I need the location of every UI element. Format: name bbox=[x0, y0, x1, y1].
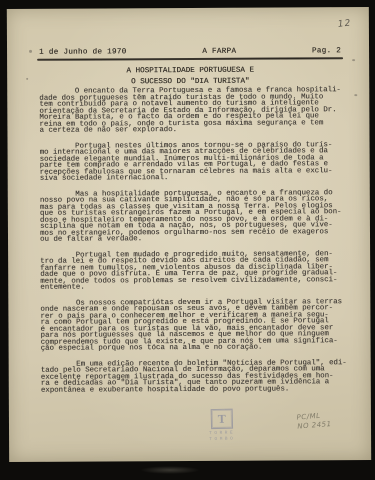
header-date: 1 de Junho de 1970 bbox=[39, 48, 126, 56]
paragraph-3: Mas a hospitalidade portuguesa, o encant… bbox=[40, 190, 346, 244]
archive-stamp: T TORRE TOMBO bbox=[199, 408, 246, 443]
scan-speck bbox=[352, 59, 355, 61]
scanner-artifact bbox=[140, 466, 200, 474]
paragraph-1: O encanto da Terra Portuguesa e a famosa… bbox=[39, 87, 345, 134]
stamp-letter-box: T bbox=[211, 409, 233, 429]
document-page: 12 1 de Junho de 1970 A FARPA Pag. 2 A H… bbox=[7, 7, 371, 462]
header-page-label: Pag. 2 bbox=[312, 47, 341, 55]
scan-speck bbox=[29, 50, 32, 53]
scan-speck bbox=[26, 78, 28, 80]
paragraph-6: Em uma edição recente do boletim "Notíci… bbox=[41, 360, 347, 394]
paragraph-5: Os nossos compatriótas devem ir a Portug… bbox=[40, 299, 346, 353]
header-rule bbox=[37, 57, 343, 61]
paragraph-2: Portugal nestes últimos anos tornou-se o… bbox=[40, 142, 346, 183]
annotation-number: NO 2451 bbox=[297, 420, 332, 432]
paragraph-4: Portugal tem mudado e progredido muito, … bbox=[40, 251, 346, 292]
handwritten-page-number: 12 bbox=[337, 18, 351, 29]
header-masthead: A FARPA bbox=[202, 48, 236, 56]
page-header: 1 de Junho de 1970 A FARPA Pag. 2 bbox=[39, 47, 341, 57]
stamp-text-line-2: TOMBO bbox=[199, 436, 245, 443]
title-line-1: A HOSPITALIDADE PORTUGUESA E bbox=[39, 67, 341, 76]
scan-speck bbox=[354, 94, 357, 96]
handwritten-annotation: PC/ML NO 2451 bbox=[296, 411, 332, 432]
scan-background: 12 1 de Junho de 1970 A FARPA Pag. 2 A H… bbox=[0, 0, 375, 480]
article-body: O encanto da Terra Portuguesa e a famosa… bbox=[39, 87, 347, 403]
